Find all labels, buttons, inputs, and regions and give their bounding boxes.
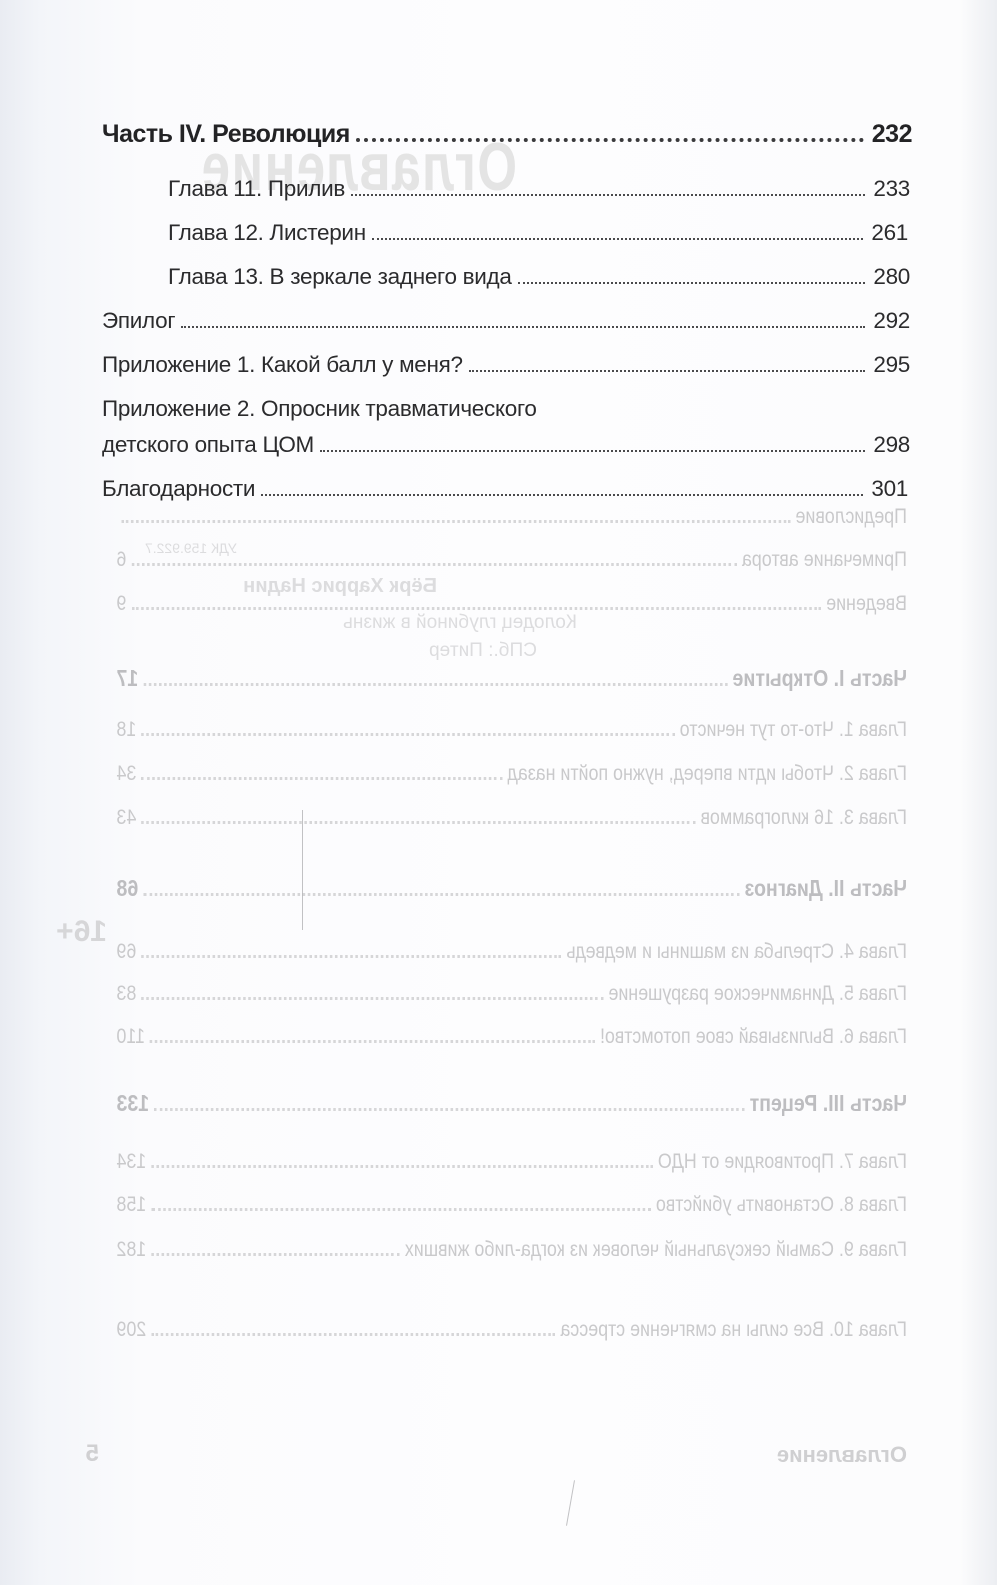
bleed-through-page-number: 110 <box>117 1025 145 1049</box>
page-crease <box>302 810 303 930</box>
leader-dots <box>132 563 737 566</box>
toc-entry-label: Приложение 2. Опросник травматического <box>102 396 537 421</box>
leader-dots <box>151 1165 652 1168</box>
toc-entry-label: Часть IV. Революция <box>102 120 350 149</box>
bleed-through-toc-row: Глава 8. Остановить убийство158 <box>117 1193 908 1217</box>
leader-dots <box>132 607 822 610</box>
leader-dots <box>122 520 791 523</box>
bleed-through-label: Глава 7. Противоядие от НДО <box>658 1150 907 1174</box>
toc-page-number: 301 <box>871 476 908 502</box>
toc-entry-label: Глава 11. Прилив <box>168 176 345 202</box>
leader-dots <box>150 1040 595 1043</box>
bleed-through-label: Часть II. Диагноз <box>745 875 907 902</box>
bleed-through-toc-row: Введение9 <box>117 592 908 616</box>
bleed-through-imprint: 16+ <box>56 915 107 949</box>
toc-entry-label: детского опыта ЦОМ <box>102 432 314 458</box>
bleed-through-page-number: 43 <box>117 806 137 830</box>
toc-page-number: 232 <box>872 120 912 149</box>
leader-dots <box>320 450 865 452</box>
bleed-through-toc-row: Глава 10. Все силы на смягчение стресса2… <box>117 1318 908 1342</box>
toc-entry-label: Глава 12. Листерин <box>168 220 366 246</box>
leader-dots <box>151 1333 555 1336</box>
toc-chapter-entry[interactable]: Глава 13. В зеркале заднего вида 280 <box>102 264 910 290</box>
toc-entry-label: Эпилог <box>102 308 175 334</box>
bleed-through-toc-row: Глава 3. 16 килограммов43 <box>117 806 908 830</box>
bleed-through-page-number: 34 <box>117 762 137 786</box>
toc-page-number: 295 <box>873 352 910 378</box>
bleed-through-label: Глава 5. Динамическое разрушение <box>608 982 907 1006</box>
bleed-through-label: Глава 10. Все силы на смягчение стресса <box>560 1318 907 1342</box>
bleed-through-page-number: 209 <box>117 1318 147 1342</box>
bleed-through-label: Примечание автора <box>742 548 907 572</box>
bleed-through-label: Глава 3. 16 килограммов <box>701 806 907 830</box>
bleed-through-label: Глава 9. Самый сексуальный человек из ко… <box>405 1238 907 1262</box>
bleed-through-folio: 5 <box>86 1440 99 1468</box>
bleed-through-toc-row: Глава 6. Вылизывай свое потомство!110 <box>117 1025 908 1049</box>
leader-dots <box>518 282 866 284</box>
bleed-through-imprint: Бёрк Харрис Надин <box>243 575 437 598</box>
bleed-through-toc-row: Глава 7. Противоядие от НДО134 <box>117 1150 908 1174</box>
toc-entry-label: Благодарности <box>102 476 255 502</box>
bleed-through-toc-row: Глава 2. Чтобы идти вперед, нужно пойти … <box>117 762 908 786</box>
toc-page-number: 233 <box>873 176 910 202</box>
leader-dots <box>351 194 865 196</box>
page-crease <box>566 1480 575 1525</box>
toc-entry-label: Глава 13. В зеркале заднего вида <box>168 264 512 290</box>
toc-back-matter-entry[interactable]: детского опыта ЦОМ 298 <box>102 432 910 458</box>
bleed-through-page-number: 134 <box>117 1150 147 1174</box>
bleed-through-page-number: 133 <box>117 1090 150 1117</box>
bleed-through-label: Часть I. Открытие <box>733 665 907 692</box>
bleed-through-page-number: 18 <box>117 718 137 742</box>
bleed-through-label: Глава 1. Что-то тут нечисто <box>680 718 907 742</box>
toc-part-entry[interactable]: Часть IV. Революция 232 <box>102 120 912 149</box>
bleed-through-label: Глава 2. Чтобы идти вперед, нужно пойти … <box>507 762 907 786</box>
bleed-through-page-number: 6 <box>117 548 127 572</box>
toc-back-matter-entry[interactable]: Эпилог 292 <box>102 308 910 334</box>
bleed-through-imprint: Колодец глубиной в жизнь <box>343 612 577 634</box>
toc-chapter-entry[interactable]: Глава 11. Прилив 233 <box>102 176 910 202</box>
toc-page-number: 298 <box>873 432 910 458</box>
toc-back-matter-entry-line1[interactable]: Приложение 2. Опросник травматического <box>102 396 910 422</box>
bleed-through-page-number: 17 <box>117 665 139 692</box>
toc-chapter-entry[interactable]: Глава 12. Листерин 261 <box>102 220 908 246</box>
bleed-through-page-number: 69 <box>117 940 137 964</box>
leader-dots <box>141 733 674 736</box>
leader-dots <box>143 893 739 896</box>
leader-dots <box>372 238 864 240</box>
bleed-through-label: Введение <box>826 592 907 616</box>
leader-dots <box>151 1253 399 1256</box>
bleed-through-imprint: УДК 159.922.7 <box>145 540 237 556</box>
toc-page-number: 280 <box>873 264 910 290</box>
bleed-through-page-number: 83 <box>117 982 137 1006</box>
bleed-through-page-number: 9 <box>117 592 127 616</box>
bleed-through-toc-row: Глава 9. Самый сексуальный человек из ко… <box>117 1238 908 1262</box>
toc-entry-label: Приложение 1. Какой балл у меня? <box>102 352 463 378</box>
bleed-through-label: Глава 6. Вылизывай свое потомство! <box>600 1025 907 1049</box>
leader-dots <box>141 997 603 1000</box>
leader-dots <box>141 821 695 824</box>
leader-dots <box>181 326 865 328</box>
leader-dots <box>143 683 727 686</box>
leader-dots <box>141 777 502 780</box>
book-page: Оглавление ПредисловиеПримечание автора6… <box>0 0 997 1585</box>
leader-dots <box>141 955 561 958</box>
bleed-through-page-number: 68 <box>117 875 139 902</box>
leader-dots <box>356 138 864 142</box>
leader-dots <box>154 1108 744 1111</box>
bleed-through-toc-row: Глава 1. Что-то тут нечисто18 <box>117 718 908 742</box>
bleed-through-page-number: 182 <box>117 1238 147 1262</box>
bleed-through-imprint: СПб.: Питер <box>429 640 537 662</box>
bleed-through-page-number: 158 <box>117 1193 147 1217</box>
toc-back-matter-entry[interactable]: Благодарности 301 <box>102 476 908 502</box>
bleed-through-toc-row: Примечание автора6 <box>117 548 908 572</box>
bleed-through-toc-row: Глава 5. Динамическое разрушение83 <box>117 982 908 1006</box>
bleed-through-label: Глава 8. Остановить убийство <box>656 1193 907 1217</box>
bleed-through-label: Предисловие <box>795 505 907 529</box>
leader-dots <box>261 494 863 496</box>
bleed-through-toc-row: Глава 4. Стрельба из машины и медведь69 <box>117 940 908 964</box>
bleed-through-toc-row: Часть II. Диагноз68 <box>117 875 908 902</box>
leader-dots <box>151 1208 650 1211</box>
bleed-through-toc-row: Предисловие <box>117 505 908 529</box>
toc-page-number: 261 <box>871 220 908 246</box>
bleed-through-label: Часть III. Рецепт <box>750 1090 907 1117</box>
bleed-through-label: Глава 4. Стрельба из машины и медведь <box>566 940 907 964</box>
leader-dots <box>469 370 866 372</box>
bleed-through-folio-label: Оглавление <box>777 1442 907 1468</box>
bleed-through-toc-row: Часть I. Открытие17 <box>117 665 908 692</box>
toc-page-number: 292 <box>873 308 910 334</box>
bleed-through-toc-row: Часть III. Рецепт133 <box>117 1090 908 1117</box>
toc-back-matter-entry[interactable]: Приложение 1. Какой балл у меня? 295 <box>102 352 910 378</box>
